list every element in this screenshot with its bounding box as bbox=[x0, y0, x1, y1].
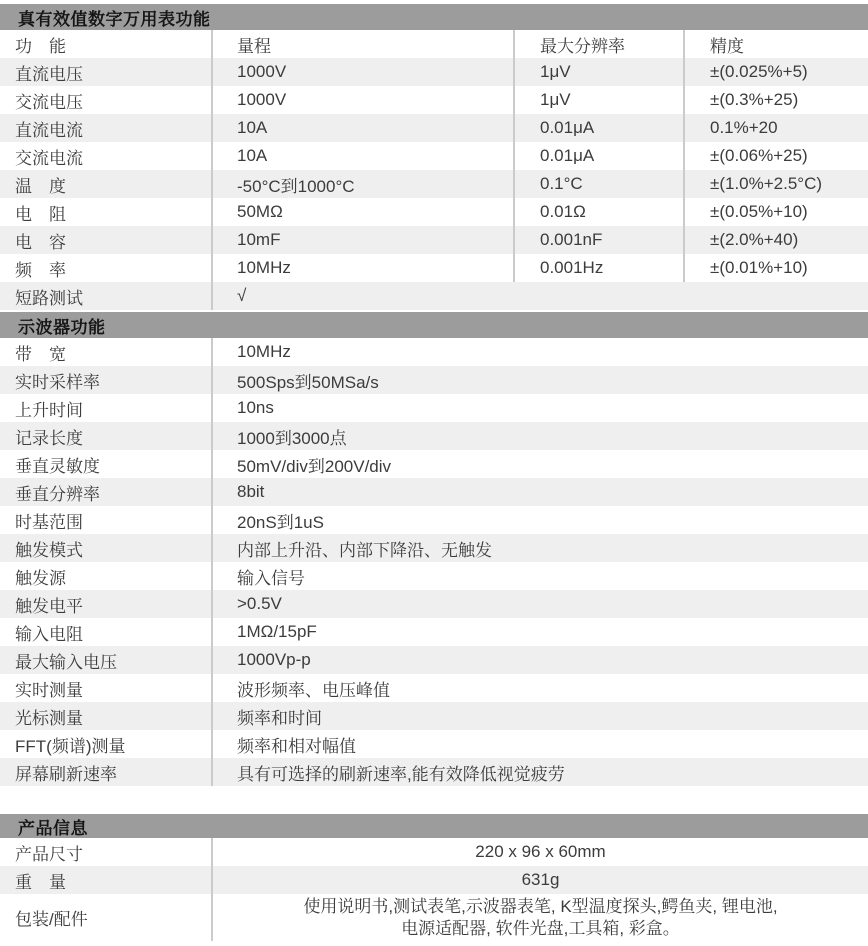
column-header-resolution: 最大分辨率 bbox=[515, 30, 685, 58]
row-label: 重 量 bbox=[0, 866, 213, 894]
resolution-cell: 0.01μA bbox=[515, 114, 685, 142]
resolution-cell: 0.01Ω bbox=[515, 198, 685, 226]
row-label: 触发源 bbox=[0, 562, 213, 590]
row-label: 电 阻 bbox=[0, 198, 213, 226]
row-label: 上升时间 bbox=[0, 394, 213, 422]
row-label: 时基范围 bbox=[0, 506, 213, 534]
table-row-short-circuit: 短路测试 √ bbox=[0, 282, 868, 310]
table-row: 最大输入电压 1000Vp-p bbox=[0, 646, 868, 674]
row-value: 具有可选择的刷新速率,能有效降低视觉疲劳 bbox=[213, 758, 868, 786]
table-row: 触发源 输入信号 bbox=[0, 562, 868, 590]
row-value: 50mV/div到200V/div bbox=[213, 450, 868, 478]
table-row: 屏幕刷新速率 具有可选择的刷新速率,能有效降低视觉疲劳 bbox=[0, 758, 868, 786]
packaging-line-2: 电源适配器, 软件光盘,工具箱, 彩盒。 bbox=[401, 918, 680, 940]
column-header-function: 功 能 bbox=[0, 30, 213, 58]
table-row: 频 率 10MHz 0.001Hz ±(0.01%+10) bbox=[0, 254, 868, 282]
row-label: 光标测量 bbox=[0, 702, 213, 730]
row-value: 频率和相对幅值 bbox=[213, 730, 868, 758]
product-info-table: 产品尺寸 220 x 96 x 60mm 重 量 631g 包装/配件 使用说明… bbox=[0, 838, 868, 941]
accuracy-cell: ±(1.0%+2.5°C) bbox=[685, 170, 868, 198]
packaging-value: 使用说明书,测试表笔,示波器表笔, K型温度探头,鳄鱼夹, 锂电池, 电源适配器… bbox=[213, 894, 868, 941]
row-value: >0.5V bbox=[213, 590, 868, 618]
row-value: 631g bbox=[213, 866, 868, 894]
row-value: 1000到3000点 bbox=[213, 422, 868, 450]
section-title: 真有效值数字万用表功能 bbox=[18, 5, 211, 30]
row-label: 触发电平 bbox=[0, 590, 213, 618]
range-cell: 1000V bbox=[213, 58, 515, 86]
column-header-range: 量程 bbox=[213, 30, 515, 58]
row-label: 最大输入电压 bbox=[0, 646, 213, 674]
row-value: 1000Vp-p bbox=[213, 646, 868, 674]
accuracy-cell: ±(0.01%+10) bbox=[685, 254, 868, 282]
row-label: 屏幕刷新速率 bbox=[0, 758, 213, 786]
resolution-cell: 0.001nF bbox=[515, 226, 685, 254]
row-label: 产品尺寸 bbox=[0, 838, 213, 866]
packaging-line-1: 使用说明书,测试表笔,示波器表笔, K型温度探头,鳄鱼夹, 锂电池, bbox=[303, 896, 777, 918]
table-row: 时基范围 20nS到1uS bbox=[0, 506, 868, 534]
table-row: 触发模式 内部上升沿、内部下降沿、无触发 bbox=[0, 534, 868, 562]
spec-sheet: 真有效值数字万用表功能 功 能 量程 最大分辨率 精度 直流电压 1000V 1… bbox=[0, 0, 868, 941]
accuracy-cell: ±(0.025%+5) bbox=[685, 58, 868, 86]
row-value: 波形频率、电压峰值 bbox=[213, 674, 868, 702]
range-cell: 1000V bbox=[213, 86, 515, 114]
section-header-multimeter: 真有效值数字万用表功能 bbox=[0, 4, 868, 30]
table-header-row: 功 能 量程 最大分辨率 精度 bbox=[0, 30, 868, 58]
table-row: 垂直灵敏度 50mV/div到200V/div bbox=[0, 450, 868, 478]
table-row: 垂直分辨率 8bit bbox=[0, 478, 868, 506]
range-cell: 10A bbox=[213, 142, 515, 170]
row-label: 垂直灵敏度 bbox=[0, 450, 213, 478]
accuracy-cell: ±(0.3%+25) bbox=[685, 86, 868, 114]
row-label: 触发模式 bbox=[0, 534, 213, 562]
row-label: 带 宽 bbox=[0, 338, 213, 366]
table-row: FFT(频谱)测量 频率和相对幅值 bbox=[0, 730, 868, 758]
column-header-accuracy: 精度 bbox=[685, 30, 868, 58]
row-label: 实时采样率 bbox=[0, 366, 213, 394]
resolution-cell: 1μV bbox=[515, 86, 685, 114]
range-cell: 10MHz bbox=[213, 254, 515, 282]
section-header-oscilloscope: 示波器功能 bbox=[0, 312, 868, 338]
row-label: 垂直分辨率 bbox=[0, 478, 213, 506]
table-row: 电 容 10mF 0.001nF ±(2.0%+40) bbox=[0, 226, 868, 254]
row-value: 10MHz bbox=[213, 338, 868, 366]
resolution-cell: 0.1°C bbox=[515, 170, 685, 198]
table-row: 重 量 631g bbox=[0, 866, 868, 894]
row-label: 交流电流 bbox=[0, 142, 213, 170]
check-mark: √ bbox=[213, 282, 868, 310]
row-value: 频率和时间 bbox=[213, 702, 868, 730]
table-row: 实时采样率 500Sps到50MSa/s bbox=[0, 366, 868, 394]
row-value: 输入信号 bbox=[213, 562, 868, 590]
section-header-product-info: 产品信息 bbox=[0, 814, 868, 838]
range-cell: 10mF bbox=[213, 226, 515, 254]
accuracy-cell: ±(0.05%+10) bbox=[685, 198, 868, 226]
row-value: 20nS到1uS bbox=[213, 506, 868, 534]
row-value: 10ns bbox=[213, 394, 868, 422]
row-label: 直流电压 bbox=[0, 58, 213, 86]
row-label: FFT(频谱)测量 bbox=[0, 730, 213, 758]
row-label: 直流电流 bbox=[0, 114, 213, 142]
row-label: 短路测试 bbox=[0, 282, 213, 310]
resolution-cell: 1μV bbox=[515, 58, 685, 86]
row-label: 输入电阻 bbox=[0, 618, 213, 646]
section-title: 示波器功能 bbox=[18, 313, 106, 338]
row-value: 1MΩ/15pF bbox=[213, 618, 868, 646]
table-row: 实时测量 波形频率、电压峰值 bbox=[0, 674, 868, 702]
resolution-cell: 0.01μA bbox=[515, 142, 685, 170]
section-title: 产品信息 bbox=[18, 814, 88, 839]
table-row: 光标测量 频率和时间 bbox=[0, 702, 868, 730]
range-cell: -50°C到1000°C bbox=[213, 170, 515, 198]
row-label: 包装/配件 bbox=[0, 894, 213, 941]
oscilloscope-table: 带 宽 10MHz 实时采样率 500Sps到50MSa/s 上升时间 10ns… bbox=[0, 338, 868, 786]
table-row-packaging: 包装/配件 使用说明书,测试表笔,示波器表笔, K型温度探头,鳄鱼夹, 锂电池,… bbox=[0, 894, 868, 941]
range-cell: 10A bbox=[213, 114, 515, 142]
table-row: 带 宽 10MHz bbox=[0, 338, 868, 366]
table-row: 直流电压 1000V 1μV ±(0.025%+5) bbox=[0, 58, 868, 86]
table-row: 产品尺寸 220 x 96 x 60mm bbox=[0, 838, 868, 866]
row-value: 220 x 96 x 60mm bbox=[213, 838, 868, 866]
table-row: 交流电压 1000V 1μV ±(0.3%+25) bbox=[0, 86, 868, 114]
table-row: 记录长度 1000到3000点 bbox=[0, 422, 868, 450]
resolution-cell: 0.001Hz bbox=[515, 254, 685, 282]
multimeter-table: 功 能 量程 最大分辨率 精度 直流电压 1000V 1μV ±(0.025%+… bbox=[0, 30, 868, 310]
row-value: 8bit bbox=[213, 478, 868, 506]
table-row: 触发电平 >0.5V bbox=[0, 590, 868, 618]
row-label: 实时测量 bbox=[0, 674, 213, 702]
row-value: 内部上升沿、内部下降沿、无触发 bbox=[213, 534, 868, 562]
row-value: 500Sps到50MSa/s bbox=[213, 366, 868, 394]
row-label: 温 度 bbox=[0, 170, 213, 198]
row-label: 交流电压 bbox=[0, 86, 213, 114]
table-row: 交流电流 10A 0.01μA ±(0.06%+25) bbox=[0, 142, 868, 170]
accuracy-cell: ±(2.0%+40) bbox=[685, 226, 868, 254]
range-cell: 50MΩ bbox=[213, 198, 515, 226]
table-row: 直流电流 10A 0.01μA 0.1%+20 bbox=[0, 114, 868, 142]
row-label: 频 率 bbox=[0, 254, 213, 282]
table-row: 输入电阻 1MΩ/15pF bbox=[0, 618, 868, 646]
table-row: 温 度 -50°C到1000°C 0.1°C ±(1.0%+2.5°C) bbox=[0, 170, 868, 198]
table-row: 电 阻 50MΩ 0.01Ω ±(0.05%+10) bbox=[0, 198, 868, 226]
accuracy-cell: ±(0.06%+25) bbox=[685, 142, 868, 170]
row-label: 电 容 bbox=[0, 226, 213, 254]
accuracy-cell: 0.1%+20 bbox=[685, 114, 868, 142]
row-label: 记录长度 bbox=[0, 422, 213, 450]
table-row: 上升时间 10ns bbox=[0, 394, 868, 422]
